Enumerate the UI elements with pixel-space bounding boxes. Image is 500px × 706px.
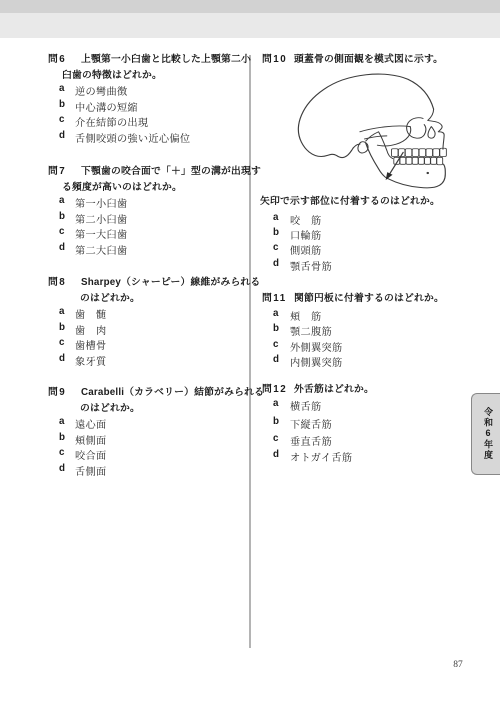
question-label: 問11 [262, 290, 287, 304]
option-letter: a [59, 83, 64, 94]
question-label: 問6 [48, 51, 66, 65]
option-letter: a [59, 306, 64, 317]
option-text: 咬 筋 [290, 212, 321, 227]
option-letter: c [59, 447, 64, 458]
option-text: 側頭筋 [290, 242, 321, 257]
option-letter: b [273, 323, 279, 334]
option-text: 咬合面 [75, 447, 106, 462]
option-letter: a [273, 398, 278, 409]
question-line: 矢印で示す部位に付着するのはどれか。 [260, 193, 440, 207]
question-label: 問7 [48, 163, 66, 177]
option-text: 顎舌骨筋 [290, 258, 332, 273]
option-text: 象牙質 [75, 353, 106, 368]
question-stem: 関節円板に付着するのはどれか。 [294, 290, 444, 304]
option-letter: d [59, 130, 65, 141]
option-text: 第二小臼歯 [75, 211, 127, 226]
option-letter: c [273, 339, 278, 350]
option-letter: b [59, 322, 65, 333]
option-letter: b [59, 432, 65, 443]
skull-ear-canal [358, 142, 368, 153]
question-stem-line2: 臼歯の特徴はどれか。 [62, 67, 162, 81]
skull-nasal-aperture [428, 127, 435, 139]
option-text: 下縦舌筋 [290, 416, 332, 431]
option-letter: c [273, 433, 278, 444]
option-text: 逆の彎曲徴 [75, 83, 127, 98]
option-letter: a [273, 308, 278, 319]
option-letter: d [59, 242, 65, 253]
option-text: 遠心面 [75, 416, 106, 431]
option-text: 横舌筋 [290, 398, 321, 413]
option-letter: d [273, 354, 279, 365]
question-stem: 外舌筋はどれか。 [294, 381, 374, 395]
option-letter: b [273, 416, 279, 427]
option-text: 第二大臼歯 [75, 242, 127, 257]
option-text: 歯槽骨 [75, 337, 106, 352]
option-text: 歯 髄 [75, 306, 106, 321]
skull-mental-foramen [426, 172, 429, 174]
question-stem-line1: 下顎歯の咬合面で「＋」型の溝が出現す [81, 163, 261, 177]
question-stem: 頭蓋骨の側面観を模式図に示す。 [294, 51, 443, 65]
skull-lower-teeth [394, 157, 443, 164]
option-letter: b [59, 99, 65, 110]
option-text: 内側翼突筋 [290, 354, 342, 369]
question-stem-line2: のはどれか。 [80, 290, 140, 304]
skull-upper-teeth [391, 148, 446, 156]
question-stem-line2: る頻度が高いのはどれか。 [62, 179, 182, 193]
page-number: 87 [446, 660, 470, 670]
option-text: 歯 肉 [75, 322, 106, 337]
option-letter: d [59, 463, 65, 474]
option-text: 外側翼突筋 [290, 339, 342, 354]
option-text: 頬側面 [75, 432, 106, 447]
question-label: 問9 [48, 384, 66, 398]
option-letter: a [273, 212, 278, 223]
option-letter: a [59, 416, 64, 427]
option-letter: c [59, 337, 64, 348]
option-letter: d [273, 449, 279, 460]
question-label: 問10 [262, 51, 287, 65]
column-divider-line [249, 55, 251, 648]
option-letter: a [59, 195, 64, 206]
question-label: 問8 [48, 274, 66, 288]
scan-edge-band-light [0, 13, 500, 38]
option-letter: c [273, 242, 278, 253]
scanned-exam-page: { "document": { "page_number": "87", "ye… [0, 0, 500, 706]
option-text: 中心溝の短縮 [75, 99, 138, 114]
scan-edge-band-dark [0, 0, 500, 13]
option-letter: c [59, 114, 64, 125]
option-text: オトガイ舌筋 [290, 449, 352, 464]
question-stem-line1: 上顎第一小臼歯と比較した上顎第二小 [81, 51, 251, 65]
question-stem-line2: のはどれか。 [80, 400, 140, 414]
year-edge-tab: 令和6年度 [471, 393, 500, 475]
question-stem-line1: Sharpey（シャーピー）線維がみられる [81, 274, 260, 288]
option-text: 舌側面 [75, 463, 106, 478]
question-stem-line1: Carabelli（カラベリー）結節がみられる [81, 384, 264, 398]
option-letter: b [273, 227, 279, 238]
option-letter: d [59, 353, 65, 364]
year-tab-label: 令和6年度 [482, 407, 495, 461]
skull-lateral-diagram [292, 71, 481, 191]
question-label: 問12 [262, 381, 287, 395]
option-text: 介在結節の出現 [75, 114, 148, 129]
option-letter: d [273, 258, 279, 269]
option-text: 第一大臼歯 [75, 226, 127, 241]
option-text: 頬 筋 [290, 308, 321, 323]
option-text: 舌側咬頭の強い近心偏位 [75, 130, 190, 145]
option-text: 口輪筋 [290, 227, 321, 242]
option-letter: c [59, 226, 64, 237]
option-text: 第一小臼歯 [75, 195, 127, 210]
option-text: 顎二腹筋 [290, 323, 332, 338]
option-letter: b [59, 211, 65, 222]
skull-zygomatic-arch [360, 126, 410, 132]
option-text: 垂直舌筋 [290, 433, 332, 448]
